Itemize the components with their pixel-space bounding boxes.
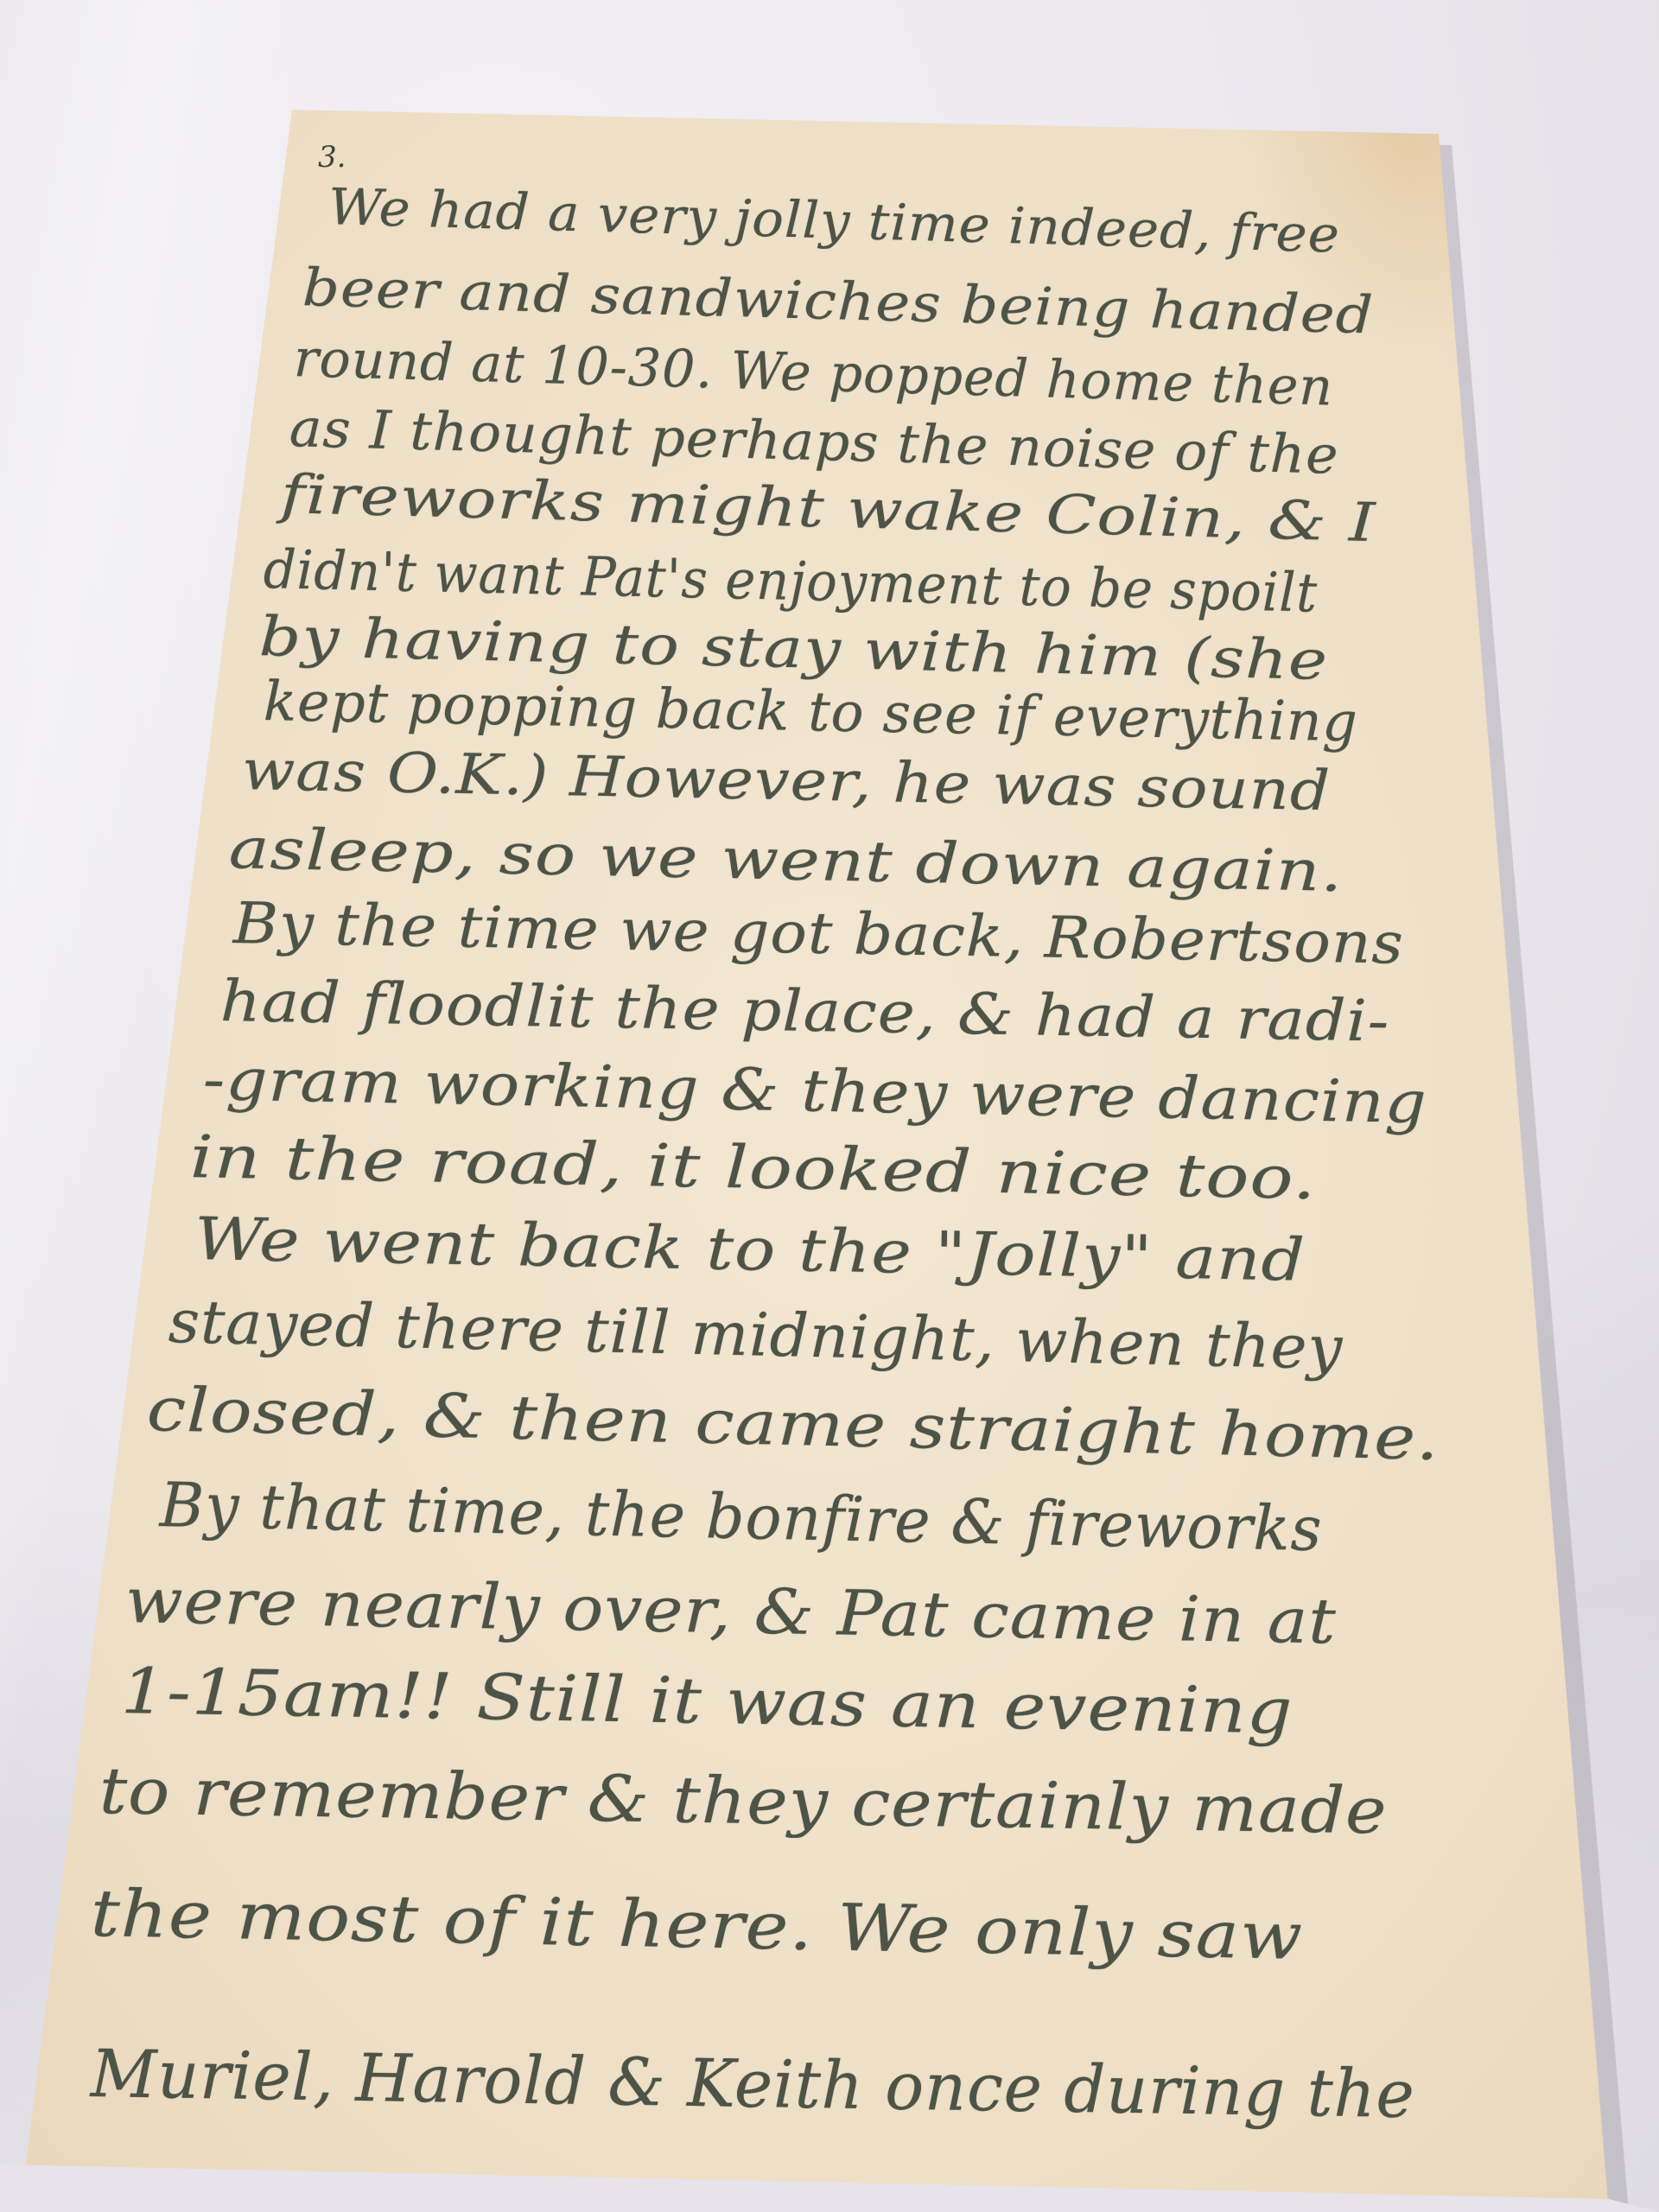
text-line: We went back to the "Jolly" and xyxy=(194,1205,1306,1295)
text-line: had floodlit the place, & had a radi- xyxy=(219,968,1390,1055)
text-line: asleep, so we went down again. xyxy=(228,817,1344,905)
text-line: 1-15am!! Still it was an evening xyxy=(120,1655,1294,1749)
text-line: the most of it here. We only saw xyxy=(90,1875,1304,1974)
text-line: -gram working & they were dancing xyxy=(202,1046,1427,1136)
text-line: were nearly over, & Pat came in at xyxy=(124,1564,1337,1657)
text-line: We had a very jolly time indeed, free xyxy=(327,177,1341,264)
text-line: to remember & they certainly made xyxy=(99,1754,1388,1848)
page-number: 3. xyxy=(318,140,346,175)
text-line: Muriel, Harold & Keith once during the xyxy=(90,2035,1415,2133)
text-line: was O.K.) However, he was sound xyxy=(241,739,1332,823)
text-line: closed, & then came straight home. xyxy=(146,1374,1440,1474)
handwritten-text: 3. We had a very jolly time indeed, free… xyxy=(0,0,1659,2212)
text-line: By the time we got back, Robertsons xyxy=(232,890,1404,977)
text-line: By that time, the bonfire & fireworks xyxy=(159,1469,1323,1565)
text-line: in the road, it looked nice too. xyxy=(189,1123,1317,1213)
text-line: stayed there till midnight, when they xyxy=(168,1287,1344,1383)
